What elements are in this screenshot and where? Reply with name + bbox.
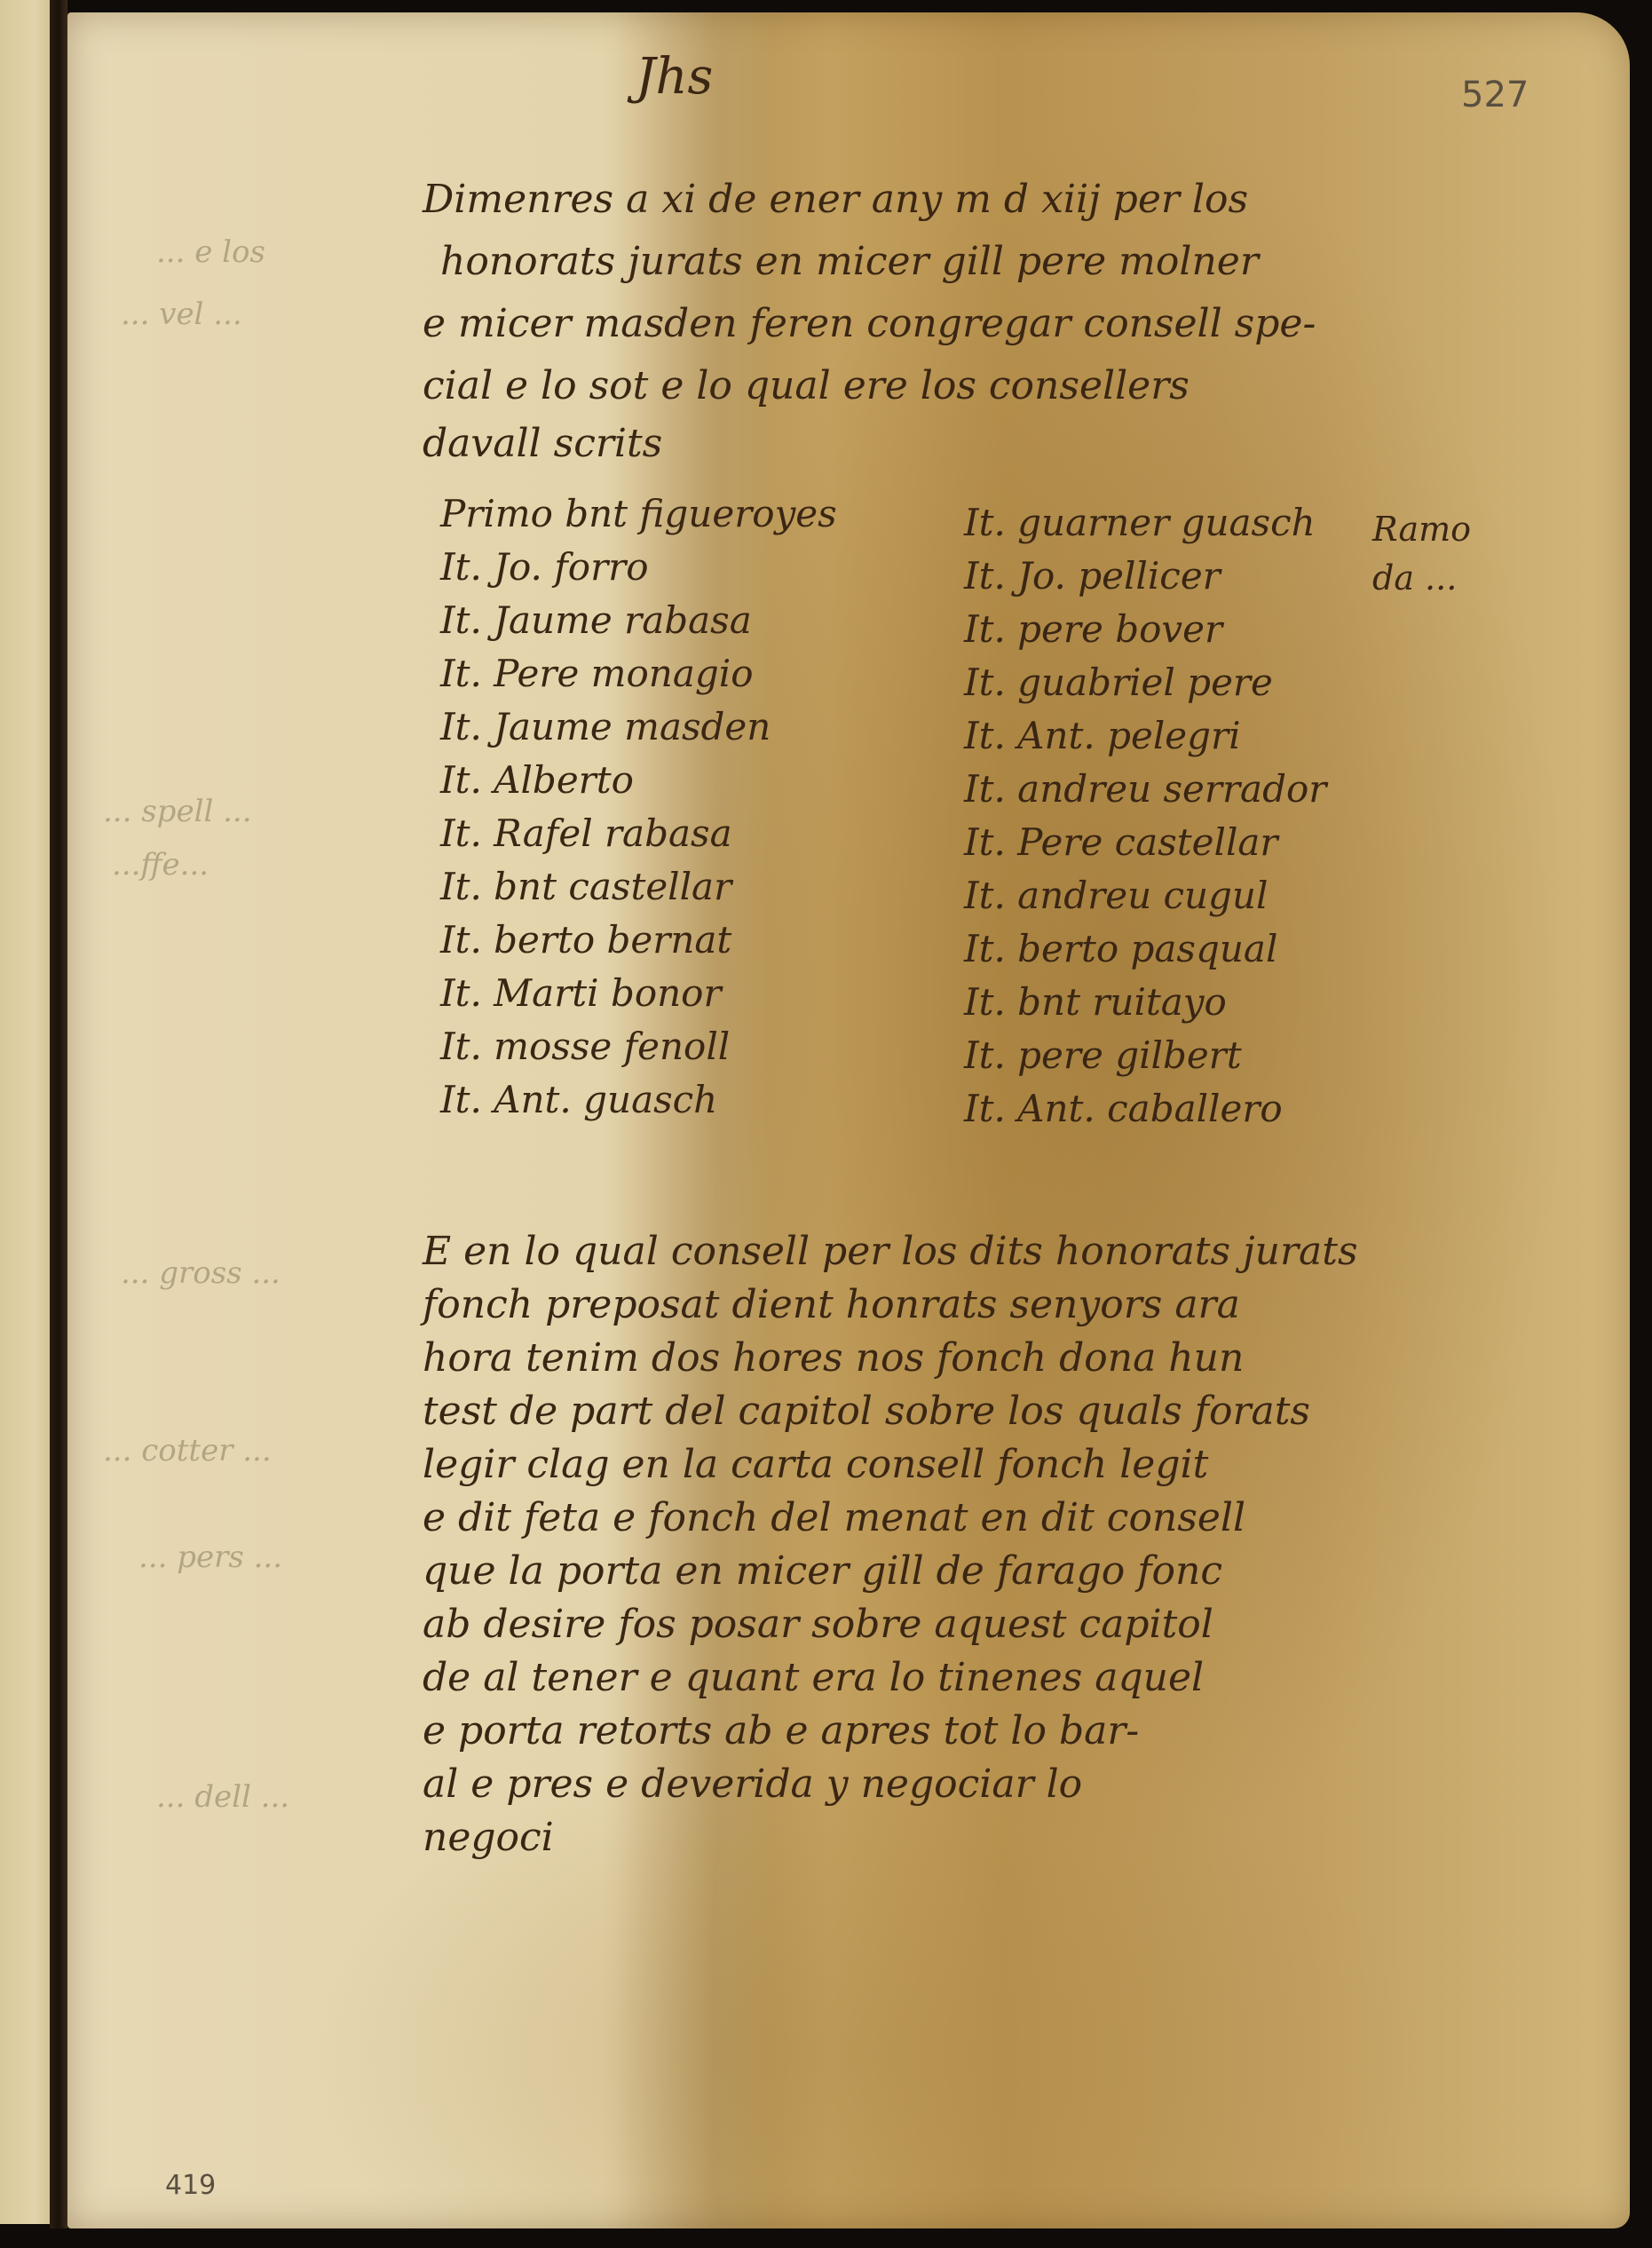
paragraph-line: ab desire fos posar sobre aquest capitol bbox=[423, 1602, 1213, 1647]
margin-note-line: Ramo bbox=[1372, 510, 1471, 549]
list-item: It. Jo. pellicer bbox=[964, 554, 1221, 598]
list-item: It. Ant. caballero bbox=[964, 1087, 1283, 1130]
list-item: It. andreu serrador bbox=[964, 767, 1326, 811]
list-item: It. guarner guasch bbox=[964, 501, 1316, 544]
list-item: It. Alberto bbox=[440, 758, 634, 802]
list-item: It. Ant. pelegri bbox=[964, 714, 1241, 757]
list-item: It. berto bernat bbox=[440, 918, 731, 962]
paragraph-line: davall scrits bbox=[423, 421, 662, 466]
bleed-through-text: ... e los bbox=[156, 234, 265, 270]
bleed-through-text: ... pers ... bbox=[138, 1540, 282, 1575]
paragraph-line: cial e lo sot e lo qual ere los conselle… bbox=[423, 363, 1190, 408]
paragraph-line: honorats jurats en micer gill pere molne… bbox=[440, 239, 1259, 284]
list-item: It. andreu cugul bbox=[964, 874, 1268, 917]
list-item: It. Marti bonor bbox=[440, 971, 722, 1015]
list-item: It. Jo. forro bbox=[440, 545, 649, 589]
bleed-through-text: ... dell ... bbox=[156, 1779, 289, 1815]
margin-note-line: da ... bbox=[1372, 558, 1457, 598]
paragraph-line: e dit feta e fonch del menat en dit cons… bbox=[423, 1495, 1245, 1540]
paragraph-line: negoci bbox=[423, 1815, 554, 1860]
paragraph-line: e micer masden feren congregar consell s… bbox=[423, 301, 1316, 346]
list-item: It. Jaume masden bbox=[440, 705, 771, 748]
list-item: It. guabriel pere bbox=[964, 661, 1273, 704]
paragraph-line: E en lo qual consell per los dits honora… bbox=[423, 1229, 1358, 1274]
pencil-number: 419 bbox=[165, 2170, 216, 2201]
paragraph-line: hora tenim dos hores nos fonch dona hun bbox=[423, 1335, 1244, 1381]
header-mark-jhs: Jhs bbox=[636, 48, 713, 106]
paragraph-line: que la porta en micer gill de farago fon… bbox=[423, 1548, 1222, 1594]
list-item: It. bnt castellar bbox=[440, 865, 731, 908]
folio-number: 527 bbox=[1461, 75, 1529, 115]
paragraph-line: fonch preposat dient honrats senyors ara bbox=[423, 1282, 1240, 1327]
list-item: It. Ant. guasch bbox=[440, 1078, 717, 1121]
list-item: It. Jaume rabasa bbox=[440, 598, 752, 642]
list-item: It. Pere castellar bbox=[964, 820, 1278, 864]
paragraph-line: de al tener e quant era lo tinenes aquel bbox=[423, 1655, 1204, 1700]
bleed-through-text: ... spell ... bbox=[103, 794, 252, 829]
list-item: It. pere bover bbox=[964, 607, 1222, 651]
list-item: It. Rafel rabasa bbox=[440, 811, 732, 855]
bleed-through-text: ... gross ... bbox=[121, 1255, 281, 1291]
bleed-through-text: ...ffe... bbox=[112, 847, 209, 883]
paragraph-line: legir clag en la carta consell fonch leg… bbox=[423, 1442, 1208, 1487]
paragraph-line: al e pres e deverida y negociar lo bbox=[423, 1761, 1082, 1807]
list-item: Primo bnt figueroyes bbox=[440, 492, 837, 535]
list-item: It. berto pasqual bbox=[964, 927, 1277, 970]
manuscript-page: Jhs 527 ... e los ... vel ... ... spell … bbox=[67, 12, 1630, 2228]
list-item: It. mosse fenoll bbox=[440, 1025, 730, 1068]
paragraph-line: e porta retorts ab e apres tot lo bar- bbox=[423, 1708, 1139, 1753]
list-item: It. Pere monagio bbox=[440, 652, 754, 695]
list-item: It. pere gilbert bbox=[964, 1033, 1242, 1077]
bleed-through-text: ... cotter ... bbox=[103, 1433, 272, 1468]
paragraph-line: Dimenres a xi de ener any m d xiij per l… bbox=[423, 177, 1248, 222]
paragraph-line: test de part del capitol sobre los quals… bbox=[423, 1389, 1310, 1434]
book-gutter bbox=[50, 0, 67, 2228]
list-item: It. bnt ruitayo bbox=[964, 980, 1227, 1024]
bleed-through-text: ... vel ... bbox=[121, 297, 242, 332]
